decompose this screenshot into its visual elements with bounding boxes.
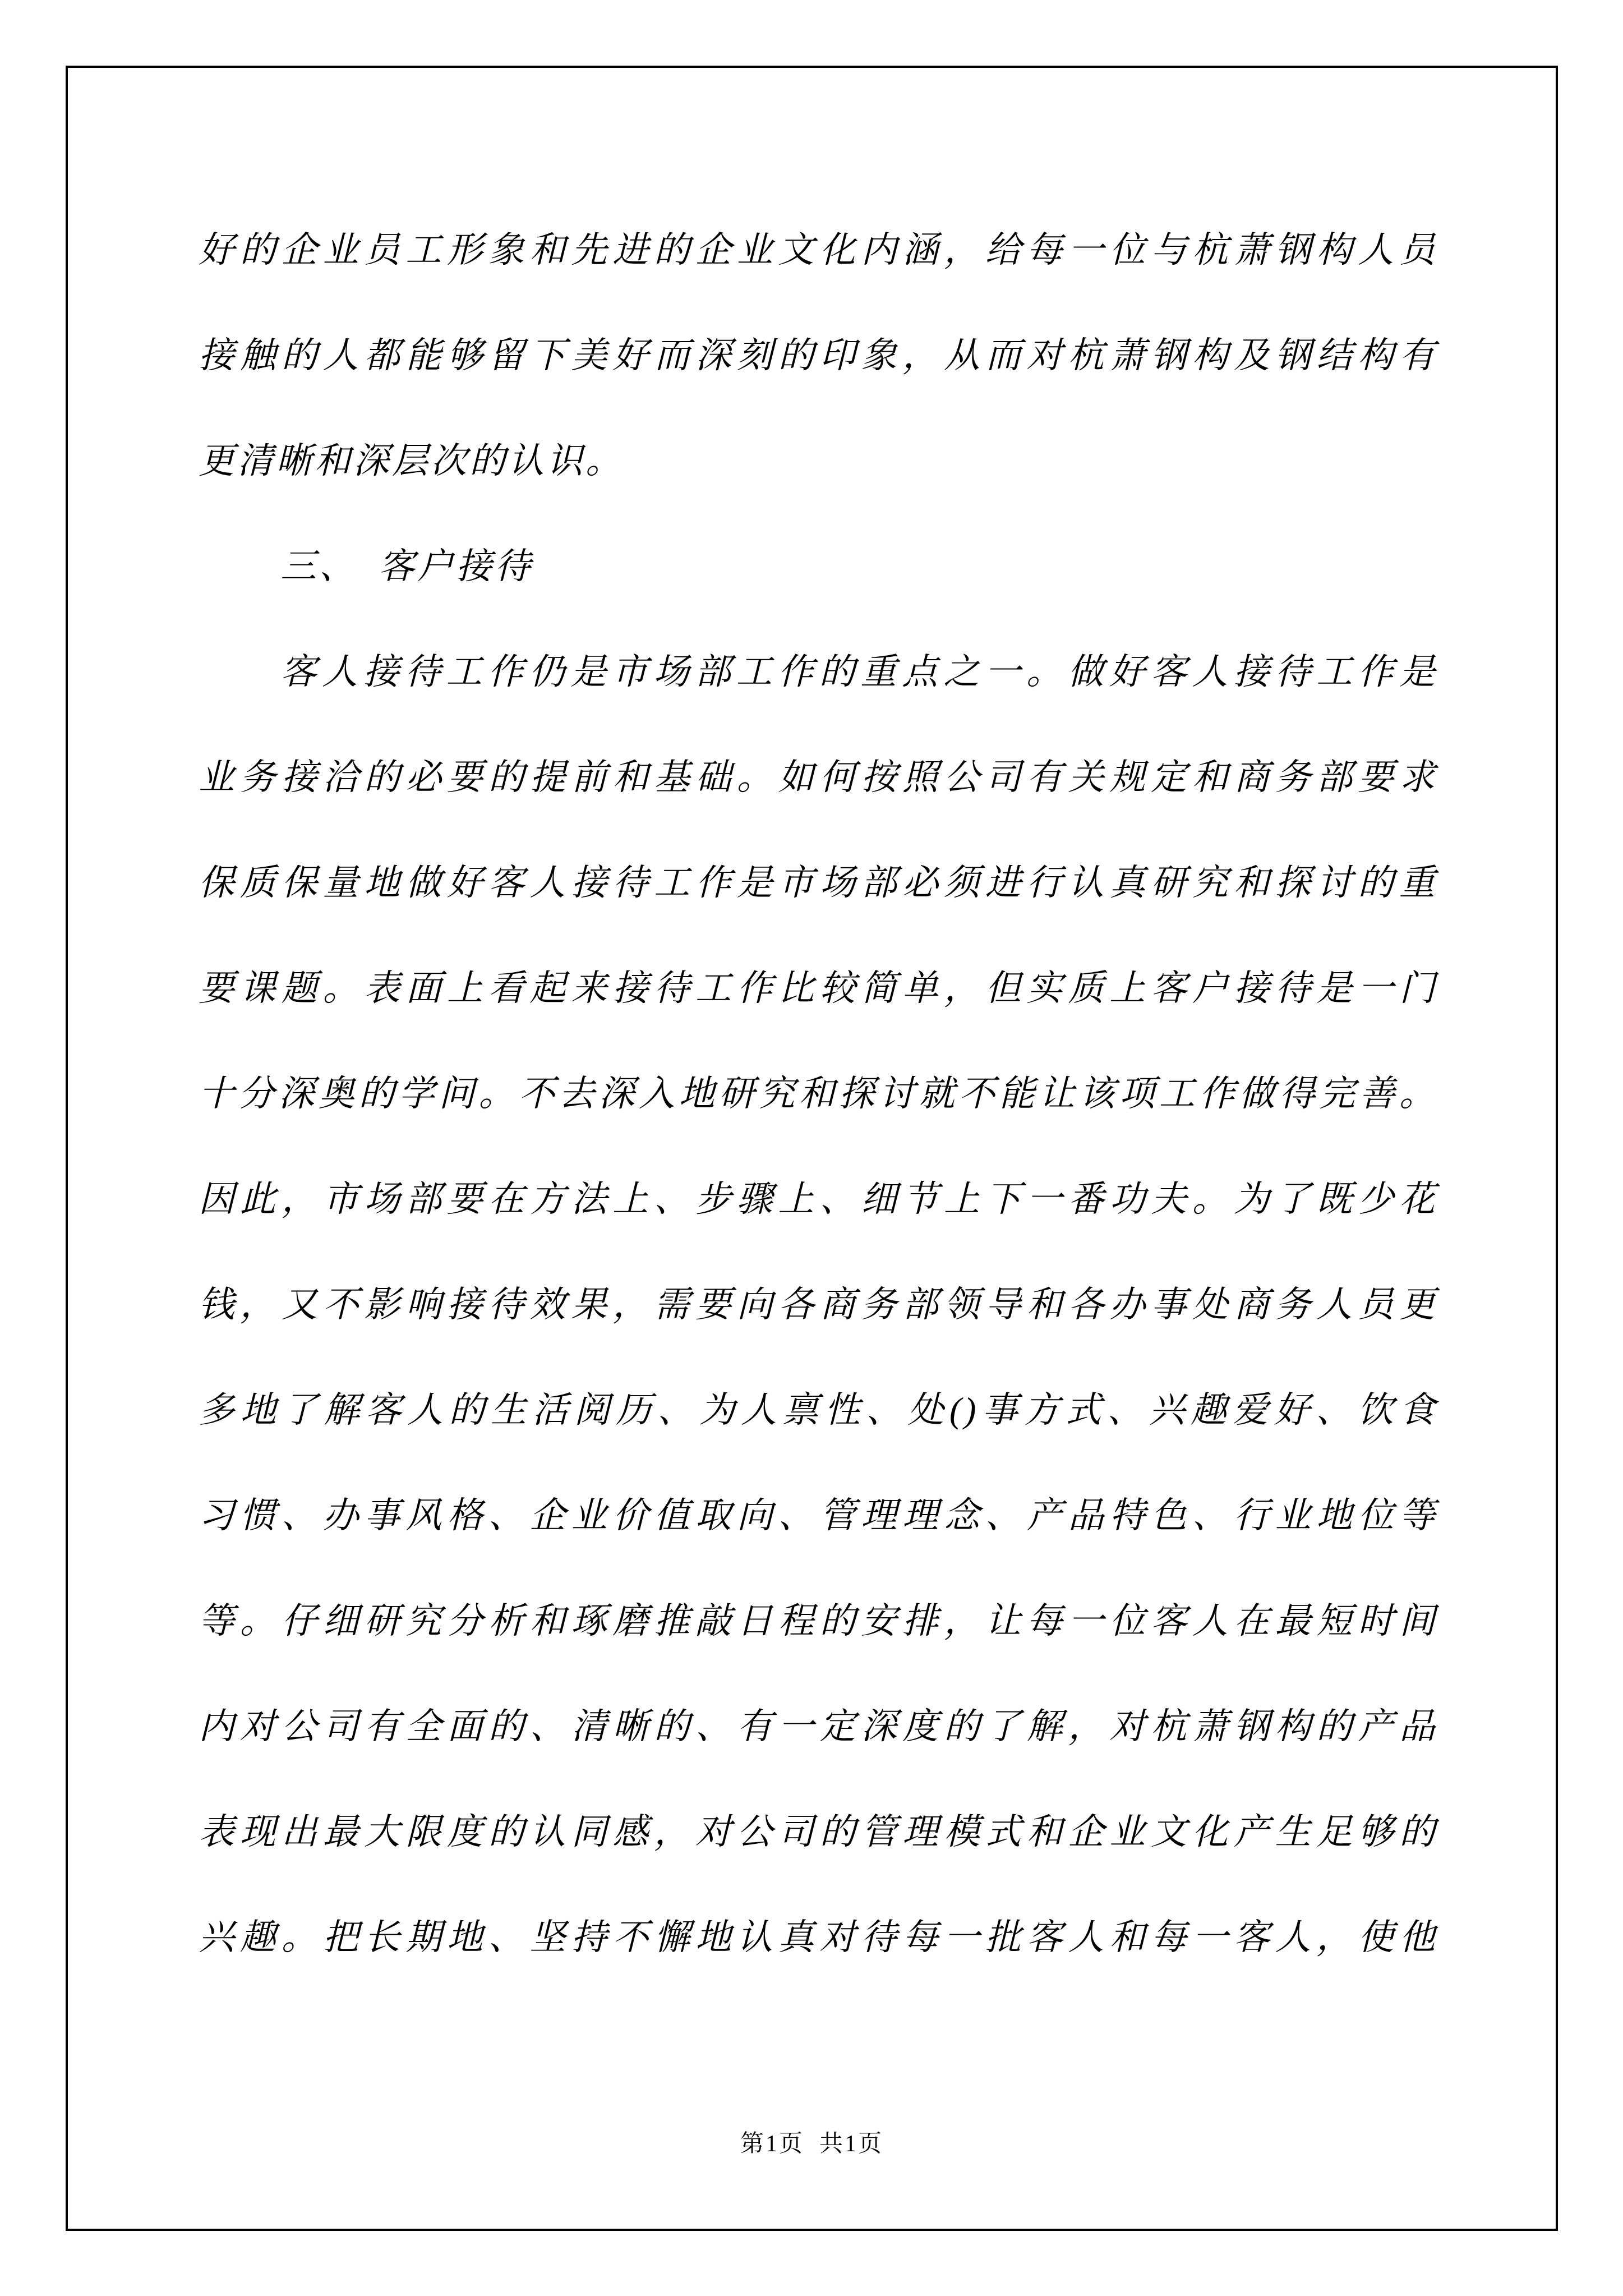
- text-line: 业务接洽的必要的提前和基础。如何按照公司有关规定和商务部要求: [199, 725, 1438, 830]
- text-line: 多地了解客人的生活阅历、为人禀性、处()事方式、兴趣爱好、饮食: [199, 1358, 1438, 1463]
- text-line: 等。仔细研究分析和琢磨推敲日程的安排，让每一位客人在最短时间: [199, 1568, 1438, 1674]
- document-page: 好的企业员工形象和先进的企业文化内涵，给每一位与杭萧钢构人员 接触的人都能够留下…: [0, 0, 1623, 2296]
- page-footer: 第1页 共1页: [66, 2129, 1558, 2160]
- text-line: 好的企业员工形象和先进的企业文化内涵，给每一位与杭萧钢构人员: [199, 197, 1438, 303]
- document-body: 好的企业员工形象和先进的企业文化内涵，给每一位与杭萧钢构人员 接触的人都能够留下…: [199, 197, 1438, 1990]
- text-line: 内对公司有全面的、清晰的、有一定深度的了解，对杭萧钢构的产品: [199, 1674, 1438, 1779]
- text-line: 习惯、办事风格、企业价值取向、管理理念、产品特色、行业地位等: [199, 1463, 1438, 1568]
- text-line: 要课题。表面上看起来接待工作比较简单，但实质上客户接待是一门: [199, 936, 1438, 1041]
- section-heading: 三、 客户接待: [199, 514, 1438, 619]
- text-line: 更清晰和深层次的认识。: [199, 408, 1438, 514]
- text-line: 表现出最大限度的认同感，对公司的管理模式和企业文化产生足够的: [199, 1779, 1438, 1885]
- text-line: 保质保量地做好客人接待工作是市场部必须进行认真研究和探讨的重: [199, 830, 1438, 936]
- text-line: 接触的人都能够留下美好而深刻的印象，从而对杭萧钢构及钢结构有: [199, 303, 1438, 408]
- text-line: 十分深奥的学问。不去深入地研究和探讨就不能让该项工作做得完善。: [199, 1041, 1438, 1147]
- text-line: 因此，市场部要在方法上、步骤上、细节上下一番功夫。为了既少花: [199, 1147, 1438, 1252]
- text-line: 客人接待工作仍是市场部工作的重点之一。做好客人接待工作是: [199, 619, 1438, 725]
- text-line: 兴趣。把长期地、坚持不懈地认真对待每一批客人和每一客人，使他: [199, 1885, 1438, 1990]
- text-line: 钱，又不影响接待效果，需要向各商务部领导和各办事处商务人员更: [199, 1252, 1438, 1358]
